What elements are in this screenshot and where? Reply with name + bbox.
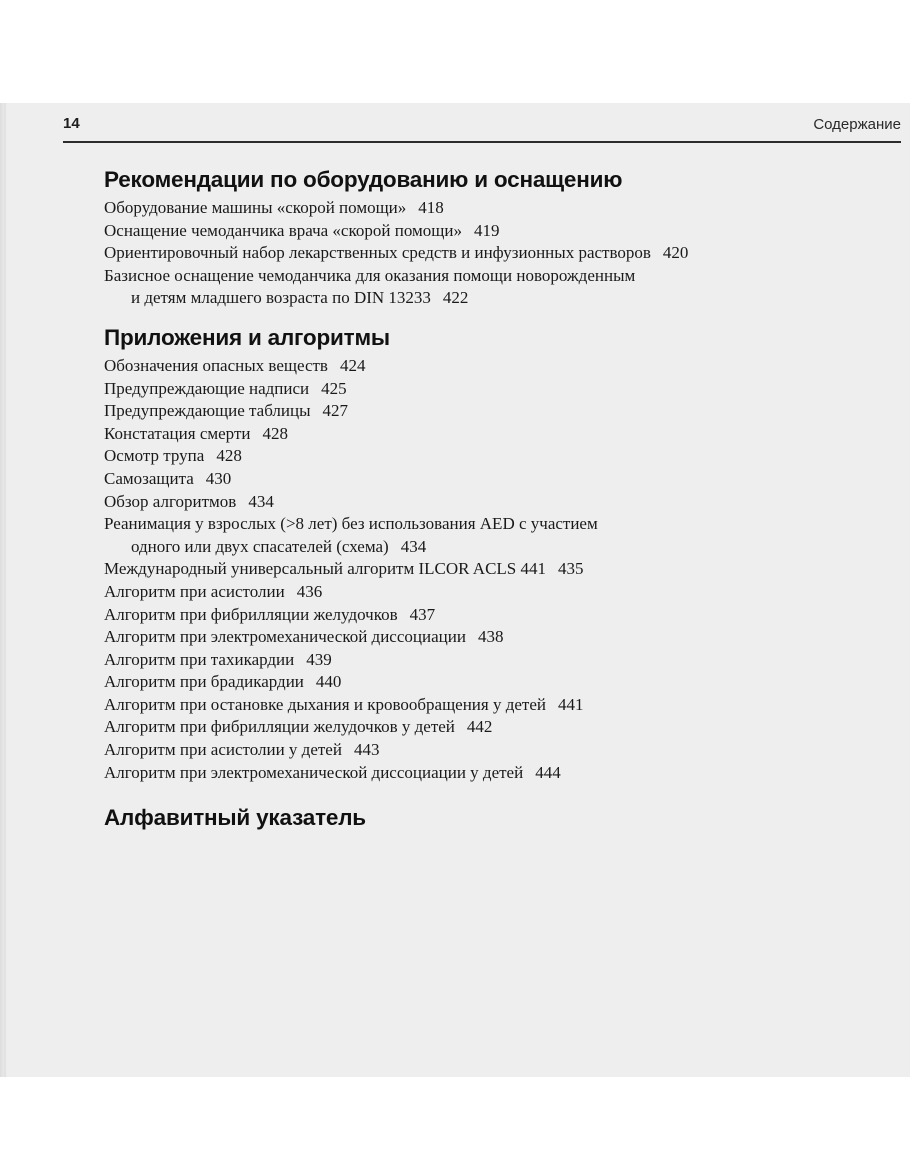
- toc-entry-page: 437: [410, 605, 436, 624]
- toc-entry: Алгоритм при фибрилляции желудочков437: [104, 604, 884, 627]
- toc-entry: Алгоритм при электромеханической диссоци…: [104, 626, 884, 649]
- page-number: 14: [63, 115, 80, 132]
- toc-entry: Реанимация у взрослых (>8 лет) без испол…: [104, 513, 884, 558]
- toc-entry: Алгоритм при асистолии436: [104, 581, 884, 604]
- toc-entry: Самозащита430: [104, 468, 884, 491]
- section-title: Алфавитный указатель: [104, 804, 884, 832]
- toc-entry-text: Алгоритм при фибрилляции желудочков у де…: [104, 717, 455, 736]
- section-title: Приложения и алгоритмы: [104, 324, 884, 352]
- toc-entry-page: 427: [323, 401, 349, 420]
- toc-entry-text: Алгоритм при тахикардии: [104, 650, 294, 669]
- toc-entry: Ориентировочный набор лекарственных сред…: [104, 242, 884, 265]
- scanned-page: 14 Содержание Рекомендации по оборудован…: [0, 103, 910, 1077]
- toc-entry: Оборудование машины «скорой помощи»418: [104, 197, 884, 220]
- toc-entry-page: 436: [297, 582, 323, 601]
- toc-entry-page: 422: [443, 288, 469, 307]
- toc-entry: Предупреждающие надписи425: [104, 378, 884, 401]
- toc-entry: Обозначения опасных веществ424: [104, 355, 884, 378]
- toc-entry-page: 439: [306, 650, 332, 669]
- toc-entry-text: Обзор алгоритмов: [104, 492, 236, 511]
- toc-entry-text: Осмотр трупа: [104, 446, 204, 465]
- toc-entry-text: Ориентировочный набор лекарственных сред…: [104, 243, 651, 262]
- toc-entry-page: 434: [401, 537, 427, 556]
- toc-entry-page: 440: [316, 672, 342, 691]
- toc-entry-text: Оснащение чемоданчика врача «скорой помо…: [104, 221, 462, 240]
- toc-entry-page: 428: [262, 424, 288, 443]
- toc-entry: Констатация смерти428: [104, 423, 884, 446]
- toc-entry-text: Международный универсальный алгоритм ILC…: [104, 559, 546, 578]
- toc-entry-page: 419: [474, 221, 500, 240]
- page-header: 14 Содержание: [63, 113, 901, 141]
- toc-entry-text: Оборудование машины «скорой помощи»: [104, 198, 406, 217]
- toc-entry-page: 441: [558, 695, 584, 714]
- toc-entry-page: 444: [535, 763, 561, 782]
- toc-entry-text: Базисное оснащение чемоданчика для оказа…: [104, 266, 635, 285]
- toc-section-equipment: Рекомендации по оборудованию и оснащению…: [104, 166, 884, 310]
- toc-entry: Осмотр трупа428: [104, 445, 884, 468]
- toc-entry-page: 434: [248, 492, 274, 511]
- toc-entry-text: Предупреждающие надписи: [104, 379, 309, 398]
- toc-entry: Обзор алгоритмов434: [104, 491, 884, 514]
- toc-entry-text: Предупреждающие таблицы: [104, 401, 311, 420]
- toc-section-appendices: Приложения и алгоритмы Обозначения опасн…: [104, 324, 884, 784]
- toc-entry: Алгоритм при тахикардии439: [104, 649, 884, 672]
- toc-entry-page: 443: [354, 740, 380, 759]
- toc-entry: Алгоритм при остановке дыхания и кровооб…: [104, 694, 884, 717]
- toc-entry-text: Самозащита: [104, 469, 194, 488]
- toc-entry-page: 435: [558, 559, 584, 578]
- toc-entry-text: Алгоритм при электромеханической диссоци…: [104, 763, 523, 782]
- table-of-contents: Рекомендации по оборудованию и оснащению…: [104, 166, 884, 835]
- section-title: Рекомендации по оборудованию и оснащению: [104, 166, 884, 194]
- toc-entry-page: 418: [418, 198, 444, 217]
- toc-entry: Предупреждающие таблицы427: [104, 400, 884, 423]
- toc-entry: Алгоритм при фибрилляции желудочков у де…: [104, 716, 884, 739]
- toc-entry-page: 442: [467, 717, 493, 736]
- toc-entry: Оснащение чемоданчика врача «скорой помо…: [104, 220, 884, 243]
- toc-entry-page: 425: [321, 379, 347, 398]
- toc-entry: Алгоритм при брадикардии440: [104, 671, 884, 694]
- header-rule: [63, 141, 901, 143]
- toc-entry-page: 424: [340, 356, 366, 375]
- toc-entry-text: Алгоритм при остановке дыхания и кровооб…: [104, 695, 546, 714]
- toc-entry-page: 428: [216, 446, 242, 465]
- toc-entry: Базисное оснащение чемоданчика для оказа…: [104, 265, 884, 310]
- toc-entry-text: Алгоритм при асистолии: [104, 582, 285, 601]
- toc-entry: Международный универсальный алгоритм ILC…: [104, 558, 884, 581]
- toc-entry-text: Реанимация у взрослых (>8 лет) без испол…: [104, 514, 598, 533]
- toc-entry-text: Алгоритм при асистолии у детей: [104, 740, 342, 759]
- toc-entry: Алгоритм при электромеханической диссоци…: [104, 762, 884, 785]
- toc-entry-text: Алгоритм при электромеханической диссоци…: [104, 627, 466, 646]
- toc-section-index: Алфавитный указатель: [104, 804, 884, 832]
- page-edge-shadow: [4, 103, 6, 1077]
- toc-entry-continuation: одного или двух спасателей (схема): [131, 537, 389, 556]
- toc-entry: Алгоритм при асистолии у детей443: [104, 739, 884, 762]
- toc-entry-text: Алгоритм при брадикардии: [104, 672, 304, 691]
- toc-entry-continuation: и детям младшего возраста по DIN 13233: [131, 288, 431, 307]
- toc-entry-page: 420: [663, 243, 689, 262]
- toc-entry-page: 430: [206, 469, 232, 488]
- toc-entry-page: 438: [478, 627, 504, 646]
- toc-entry-text: Алгоритм при фибрилляции желудочков: [104, 605, 398, 624]
- toc-entry-text: Констатация смерти: [104, 424, 250, 443]
- toc-entry-text: Обозначения опасных веществ: [104, 356, 328, 375]
- running-head: Содержание: [813, 116, 901, 133]
